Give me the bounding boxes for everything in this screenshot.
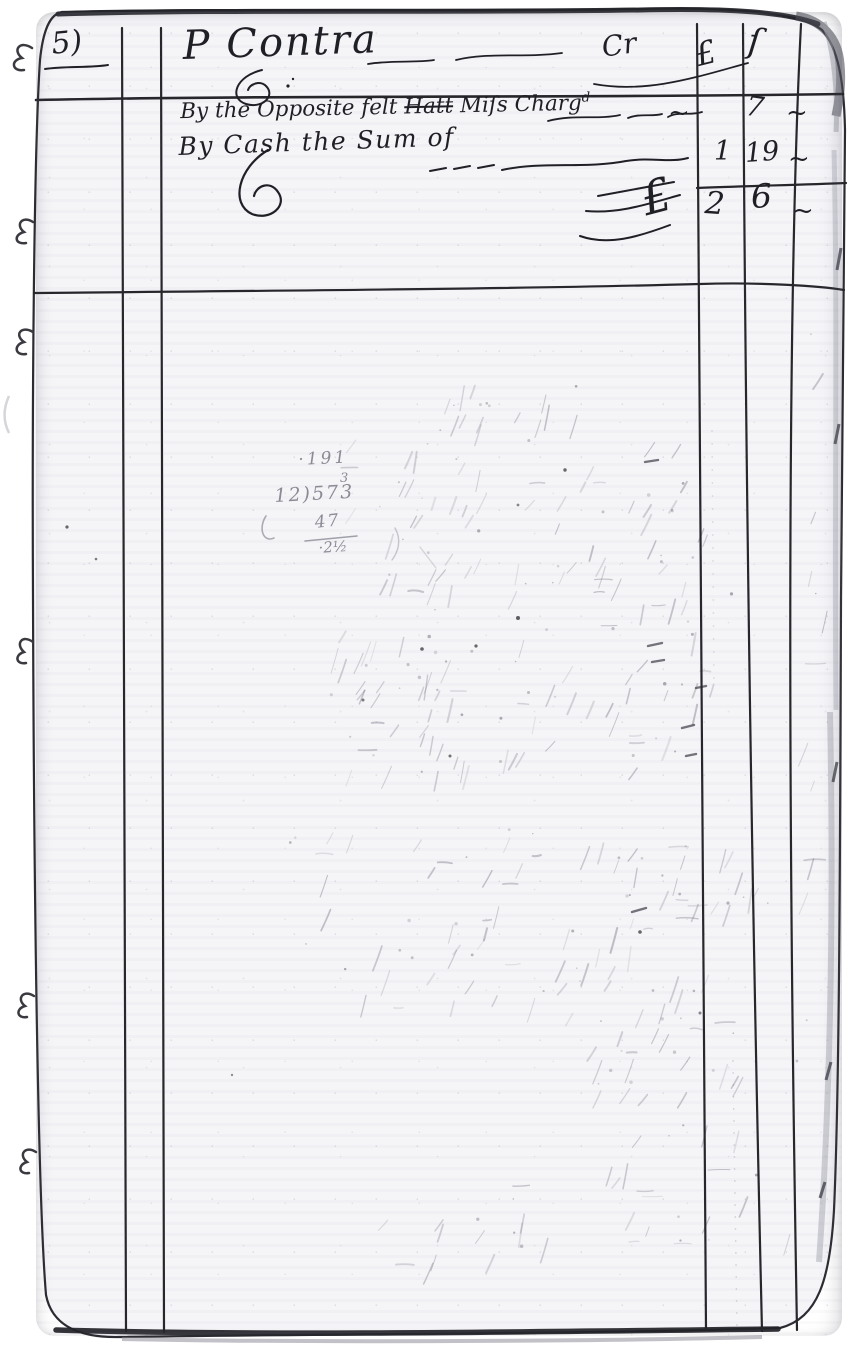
total-pence: ~ [792,198,814,224]
entry-1-text: By the Opposite felt [180,94,405,124]
per-contra-heading: P Contra [182,19,378,66]
total-shillings: 6 [750,179,773,213]
entry-1-pence: ~ [786,100,808,126]
pencil-quotient: ·191 [298,449,349,469]
credit-abbreviation: Cr [600,29,638,62]
entry-2-shillings: 19 [744,138,780,167]
pencil-fraction: ·2½ [318,539,348,556]
page-number: 5) [50,27,84,60]
total-pounds: 2 [704,188,726,220]
entry-2-pence: ~ [788,146,810,172]
scanned-ledger-page: 5) P Contra Cr £ ſ By the Opposite felt … [0,0,850,1352]
pencil-division: 12)573 [274,483,355,506]
entry-1-pounds: ~ [668,100,690,126]
entry-1-text-cont: Miſs Charg [453,91,582,119]
entry-1-shillings: 7 [744,92,766,122]
entry-2-pounds: 1 [714,138,731,165]
entry-1-superscript: d [582,90,591,105]
entry-1-struck-word: Hatt [404,93,453,119]
pencil-result: 47 [314,512,341,532]
